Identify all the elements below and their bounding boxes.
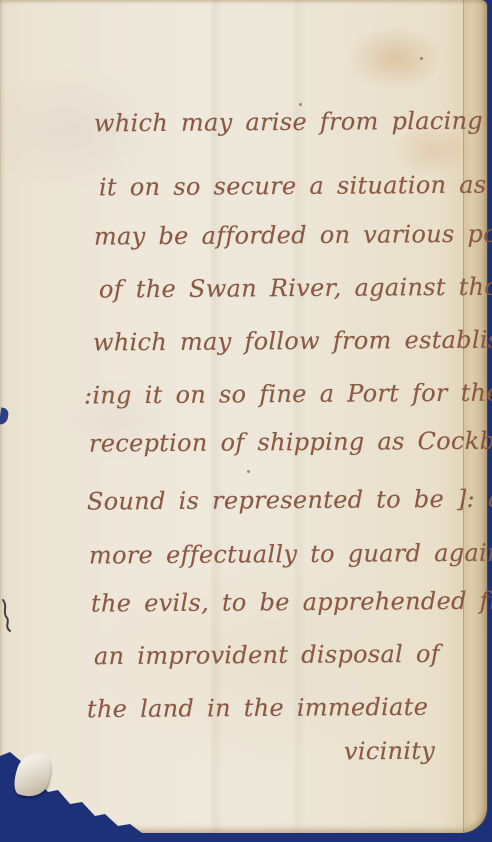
manuscript-line: may be afforded on various points xyxy=(94,219,492,250)
manuscript-line: an improvident disposal of xyxy=(94,640,440,670)
manuscript-line: which may follow from establish xyxy=(93,326,492,357)
manuscript-line: of the Swan River, against those xyxy=(99,273,492,304)
ink-speck xyxy=(299,103,302,106)
manuscript-line: Sound is represented to be ]: and xyxy=(87,484,492,515)
scratch-mark xyxy=(0,598,16,634)
manuscript-line: vicinity xyxy=(344,737,435,766)
ink-speck xyxy=(420,57,423,60)
ink-speck xyxy=(247,470,250,473)
manuscript-line: the land in the immediate xyxy=(87,693,428,723)
manuscript-line: the evils, to be apprehended from xyxy=(91,586,492,617)
manuscript-line: reception of shipping as Cockburn xyxy=(89,426,492,457)
manuscript-line: :ing it on so fine a Port for the xyxy=(84,379,492,410)
manuscript-line: it on so secure a situation as xyxy=(99,171,487,202)
manuscript-line: more effectually to guard against xyxy=(89,538,492,569)
manuscript-line: which may arise from placing xyxy=(94,107,483,138)
manuscript-page: which may arise from placing it on so se… xyxy=(0,0,487,833)
